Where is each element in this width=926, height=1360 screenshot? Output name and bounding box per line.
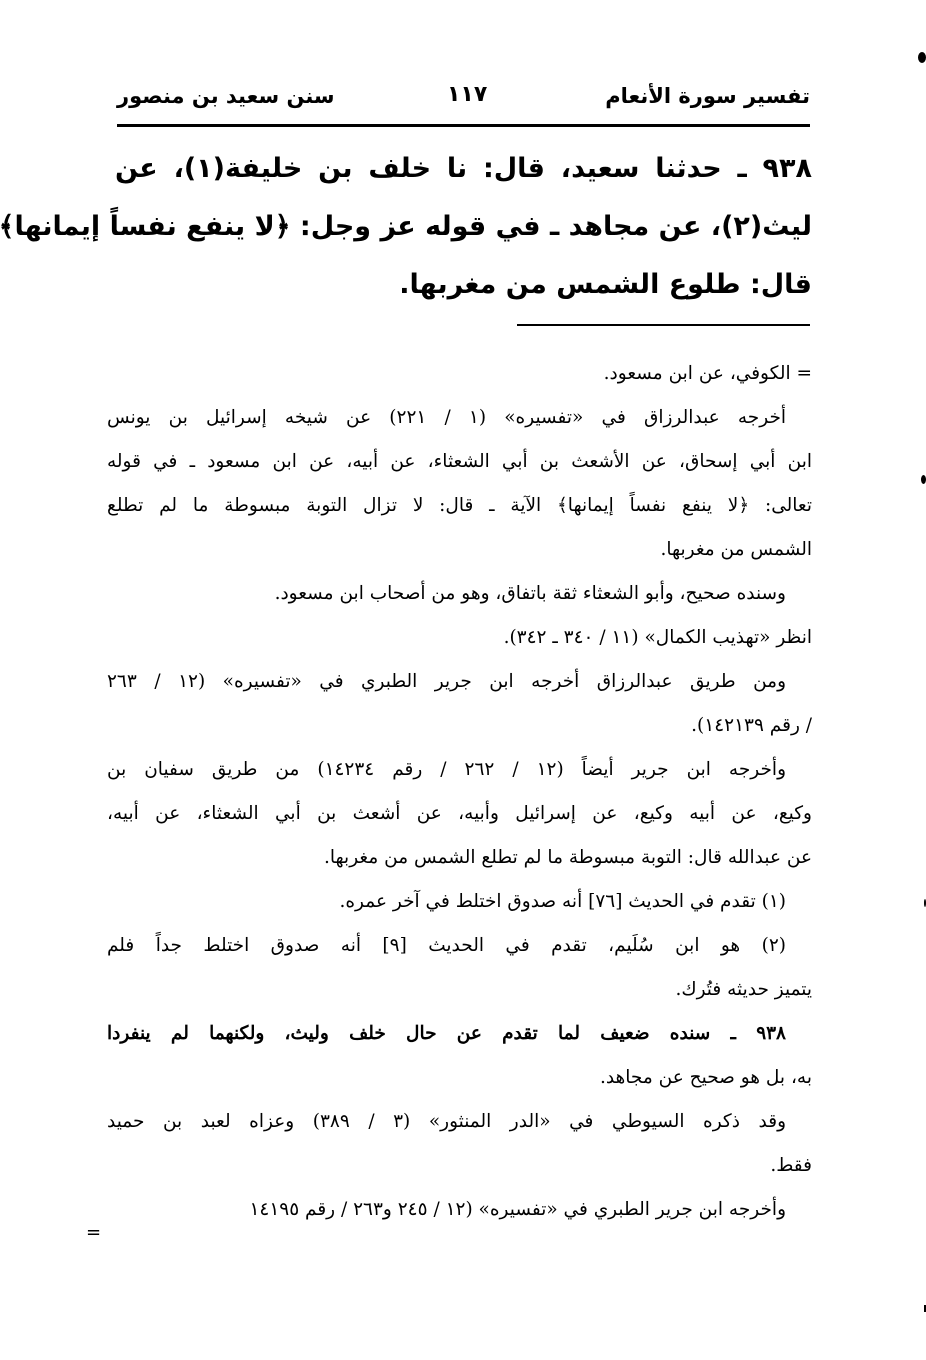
- page-number: ١١٧: [447, 82, 487, 107]
- footnote-2: (٢) هو ابن سُلَيم، تقدم في الحديث [٩] أن…: [107, 924, 812, 968]
- commentary-line: وقد ذكره السيوطي في «الدر المنثور» (٣ / …: [107, 1100, 812, 1144]
- footnote-divider: [517, 324, 810, 326]
- commentary-line: به، بل هو صحيح عن مجاهد.: [107, 1056, 812, 1100]
- note-line: وسنده صحيح، وأبو الشعثاء ثقة باتفاق، وهو…: [107, 572, 812, 616]
- hadith-line: قال: طلوع الشمس من مغربها.: [115, 256, 812, 314]
- hadith-line: ليث(٢)، عن مجاهد ـ في قوله عز وجل: ﴿لا ي…: [115, 198, 812, 256]
- note-line: تعالى: ﴿لا ينفع نفساً إيمانها﴾ الآية ـ ق…: [107, 484, 812, 528]
- footnote-2-cont: يتميز حديثه فتُرك.: [107, 968, 812, 1012]
- surah-title: تفسير سورة الأنعام: [605, 84, 810, 108]
- note-line: عن عبدالله قال: التوبة مبسوطة ما لم تطلع…: [107, 836, 812, 880]
- binding-hole-mark: [918, 52, 926, 63]
- note-line: وأخرجه ابن جرير أيضاً (١٢ / ٢٦٢ / رقم ١٤…: [107, 748, 812, 792]
- book-title: سنن سعيد بن منصور: [117, 84, 335, 108]
- commentary-line: ٩٣٨ ـ سنده ضعيف لما تقدم عن حال خلف وليث…: [107, 1012, 812, 1056]
- running-header: تفسير سورة الأنعام ١١٧ سنن سعيد بن منصور: [117, 80, 810, 116]
- note-line: ومن طريق عبدالرزاق أخرجه ابن جرير الطبري…: [107, 660, 812, 704]
- note-line: ابن أبي إسحاق، عن الأشعث بن أبي الشعثاء،…: [107, 440, 812, 484]
- footnotes-section: = الكوفي، عن ابن مسعود. أخرجه عبدالرزاق …: [107, 352, 812, 1232]
- binding-hole-mark: [921, 475, 926, 484]
- note-line: = الكوفي، عن ابن مسعود.: [107, 352, 812, 396]
- note-line: وكيع، عن أبيه وكيع، عن إسرائيل وأبيه، عن…: [107, 792, 812, 836]
- note-line: الشمس من مغربها.: [107, 528, 812, 572]
- continuation-marker: =: [86, 1222, 101, 1243]
- note-line: انظر «تهذيب الكمال» (١١ / ٣٤٠ ـ ٣٤٢).: [107, 616, 812, 660]
- commentary-line: وأخرجه ابن جرير الطبري في «تفسيره» (١٢ /…: [107, 1188, 812, 1232]
- footnote-text: هو ابن سُلَيم، تقدم في الحديث [٩] أنه صد…: [107, 935, 740, 956]
- book-page: تفسير سورة الأنعام ١١٧ سنن سعيد بن منصور…: [0, 0, 926, 1360]
- footnote-marker: (١): [762, 891, 786, 912]
- footnote-1: (١) تقدم في الحديث [٧٦] أنه صدوق اختلط ف…: [107, 880, 812, 924]
- footnote-marker: (٢): [762, 935, 786, 956]
- note-line: / رقم ١٤٢١٣٩).: [107, 704, 812, 748]
- header-divider: [117, 124, 810, 127]
- note-line: أخرجه عبدالرزاق في «تفسيره» (١ / ٢٢١) عن…: [107, 396, 812, 440]
- hadith-line: ٩٣٨ ـ حدثنا سعيد، قال: نا خلف بن خليفة(١…: [115, 140, 812, 198]
- commentary-line: فقط.: [107, 1144, 812, 1188]
- footnote-text: تقدم في الحديث [٧٦] أنه صدوق اختلط في آخ…: [339, 891, 755, 912]
- hadith-text: ٩٣٨ ـ حدثنا سعيد، قال: نا خلف بن خليفة(١…: [115, 140, 812, 314]
